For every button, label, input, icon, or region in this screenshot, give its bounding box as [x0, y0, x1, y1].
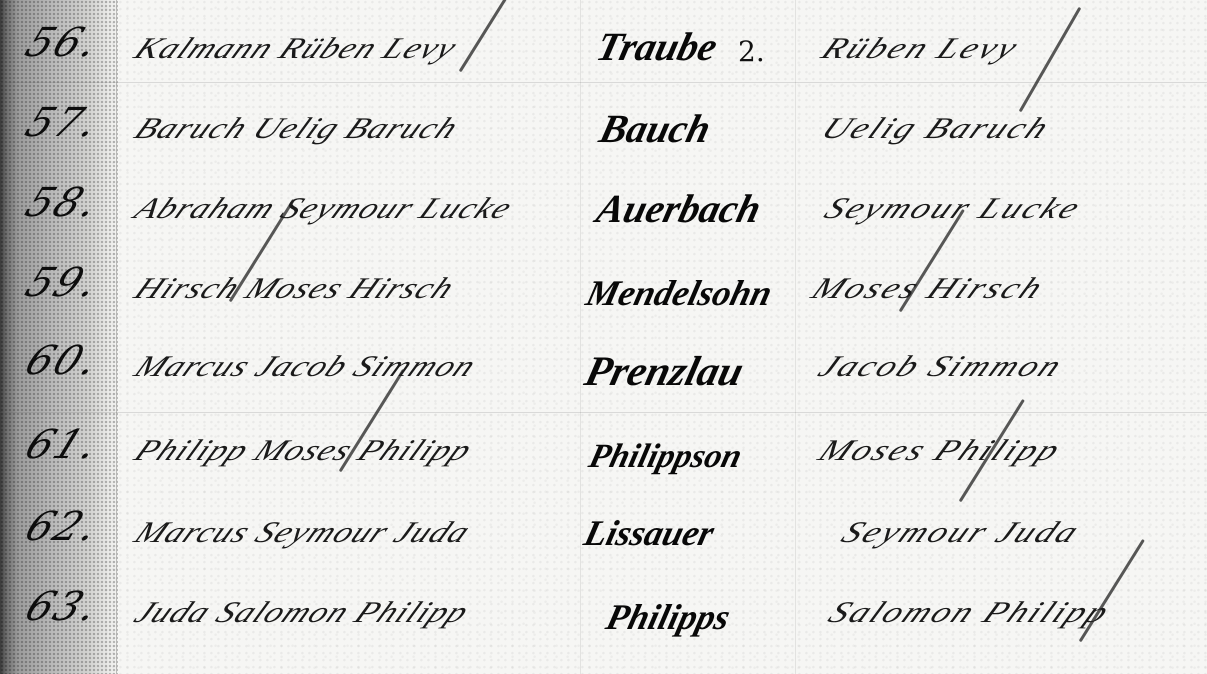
register-row: 57. Baruch Uelig Baruch Bauch Uelig Baru…: [0, 80, 1207, 160]
row-number: 63.: [19, 584, 107, 630]
given-names: Marcus Seymour Juda: [128, 516, 477, 550]
father-name: Seymour Lucke: [818, 192, 1088, 226]
given-names: Abraham Seymour Lucke: [128, 192, 519, 226]
father-name: Seymour Juda: [835, 516, 1087, 550]
row-number: 59.: [19, 260, 107, 306]
row-number: 60.: [19, 338, 107, 384]
register-row: 58. Abraham Seymour Lucke Auerbach Seymo…: [0, 160, 1207, 240]
register-row: 60. Marcus Jacob Simmon Prenzlau Jacob S…: [0, 318, 1207, 398]
document-page: 56. Kalmann Rüben Levy Traube 2. Rüben L…: [0, 0, 1207, 674]
row-number: 58.: [19, 180, 107, 226]
row-number: 61.: [19, 422, 107, 468]
given-names: Marcus Jacob Simmon: [128, 350, 483, 384]
father-name: Rüben Levy: [815, 32, 1026, 66]
given-names: Kalmann Rüben Levy: [128, 32, 464, 66]
surname: Philippson: [585, 438, 746, 476]
surname: Lissauer: [580, 512, 719, 554]
surname: Traube: [592, 23, 722, 70]
register-row: 62. Marcus Seymour Juda Lissauer Seymour…: [0, 484, 1207, 564]
surname: Auerbach: [592, 185, 766, 232]
surname: Bauch: [595, 105, 716, 152]
register-row: 61. Philipp Moses Philipp Philippson Mos…: [0, 402, 1207, 482]
register-row: 59. Hirsch Moses Hirsch Mendelsohn Moses…: [0, 240, 1207, 320]
given-names: Hirsch Moses Hirsch: [128, 272, 461, 306]
father-name: Jacob Simmon: [812, 350, 1070, 384]
row-number: 56.: [19, 20, 107, 66]
row-number: 62.: [19, 504, 107, 550]
father-name: Moses Philipp: [812, 434, 1068, 468]
surname: Philipps: [602, 596, 735, 638]
father-name: Moses Hirsch: [805, 272, 1051, 306]
given-names: Baruch Uelig Baruch: [128, 112, 465, 146]
father-name: Salomon Philipp: [822, 596, 1117, 630]
row-note: 2.: [738, 35, 765, 68]
register-row: 63. Juda Salomon Philipp Philipps Salomo…: [0, 564, 1207, 644]
register-row: 56. Kalmann Rüben Levy Traube 2. Rüben L…: [0, 0, 1207, 80]
surname: Prenzlau: [580, 348, 748, 396]
surname: Mendelsohn: [582, 272, 777, 314]
given-names: Philipp Moses Philipp: [128, 434, 479, 468]
given-names: Juda Salomon Philipp: [128, 596, 476, 630]
row-number: 57.: [19, 100, 107, 146]
father-name: Uelig Baruch: [815, 112, 1057, 146]
